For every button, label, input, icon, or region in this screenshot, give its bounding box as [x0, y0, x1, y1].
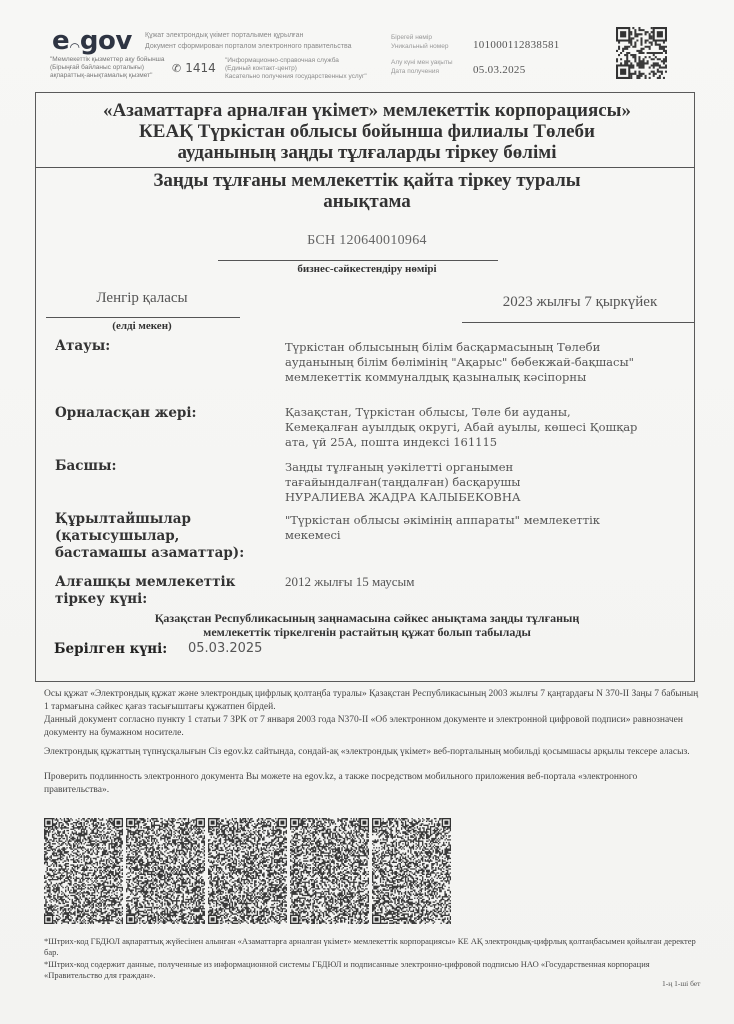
- logo-subtitle: "Мемлекеттік қызметтер ақу бойынша (Біры…: [50, 56, 165, 80]
- organization-title: «Азаматтарға арналған үкімет» мемлекетті…: [0, 100, 734, 163]
- verify-text-kz: Электрондық құжаттың түпнұсқалығын Сіз e…: [44, 746, 704, 759]
- document-title: Заңды тұлғаны мемлекеттік қайта тіркеу т…: [0, 170, 734, 212]
- barcode-icon: [126, 818, 205, 924]
- legal-note: Қазақстан Республикасының заңнамасына сә…: [0, 611, 734, 639]
- name-value: Түркістан облысының білім басқармасының …: [285, 340, 634, 385]
- head-value: Заңды тұлғаның уәкілетті органымен тағай…: [285, 460, 521, 505]
- name-label: Атауы:: [55, 338, 110, 355]
- barcode-icon: [208, 818, 287, 924]
- footer-note-ru: *Штрих-код содержит данные, полученные и…: [44, 959, 704, 981]
- founders-label: Құрылтайшылар (қатысушылар, бастамашы аз…: [55, 511, 244, 562]
- bin-underline: [218, 260, 498, 261]
- bin-caption: бизнес-сәйкестендіру нөмірі: [0, 263, 734, 275]
- egov-logo: e◠gov: [52, 26, 132, 56]
- barcode-icon: [44, 818, 123, 924]
- contact-center-text: "Информационно-справочная служба (Единый…: [225, 57, 367, 81]
- portal-text: Құжат электрондық үкімет порталымен құры…: [145, 30, 352, 52]
- footer-note-kz: *Штрих-код ГБДЮЛ ақпараттық жүйесінен ал…: [44, 936, 704, 958]
- barcode-icon: [372, 818, 451, 924]
- barcode-strip: [44, 818, 451, 924]
- phone-contact: ✆1414: [172, 61, 216, 75]
- issued-date: 05.03.2025: [188, 641, 262, 656]
- page-number: 1-ң 1-ші бет: [662, 979, 700, 988]
- qr-code-icon: [616, 27, 667, 79]
- legal-text-kz: Осы құжат «Электрондық құжат және электр…: [44, 688, 704, 713]
- founders-value: "Түркістан облысы әкімінің аппараты" мем…: [285, 513, 600, 543]
- date-underline: [462, 322, 694, 323]
- unique-number-label: Бірегей нөмір Уникальный номер: [391, 33, 448, 51]
- locality: Ленгір қаласы: [42, 290, 242, 307]
- registration-date: 2023 жылғы 7 қыркүйек: [465, 294, 695, 311]
- phone-icon: ✆: [172, 62, 181, 75]
- first-registration-label: Алғашқы мемлекеттік тіркеу күні:: [55, 574, 235, 608]
- document-page: e◠gov "Мемлекеттік қызметтер ақу бойынша…: [0, 0, 734, 1024]
- barcode-icon: [290, 818, 369, 924]
- first-registration-value: 2012 жылғы 15 маусым: [285, 574, 415, 589]
- receipt-date: 05.03.2025: [473, 64, 526, 76]
- verify-text-ru: Проверить подлинность электронного докум…: [44, 771, 704, 796]
- receipt-date-label: Алу күні мен уақыты Дата получения: [391, 58, 453, 76]
- bin-number: БСН 120640010964: [0, 233, 734, 249]
- locality-caption: (елді мекен): [42, 320, 242, 332]
- locality-underline: [46, 317, 240, 318]
- unique-number: 101000112838581: [473, 39, 560, 51]
- issued-label: Берілген күні:: [54, 641, 167, 657]
- location-label: Орналасқан жері:: [55, 405, 196, 422]
- logo-arc-icon: ◠: [70, 40, 79, 54]
- head-label: Басшы:: [55, 458, 117, 475]
- location-value: Қазақстан, Түркістан облысы, Төле би ауд…: [285, 405, 637, 450]
- divider: [35, 167, 695, 168]
- legal-text-ru: Данный документ согласно пункту 1 статьи…: [44, 714, 704, 739]
